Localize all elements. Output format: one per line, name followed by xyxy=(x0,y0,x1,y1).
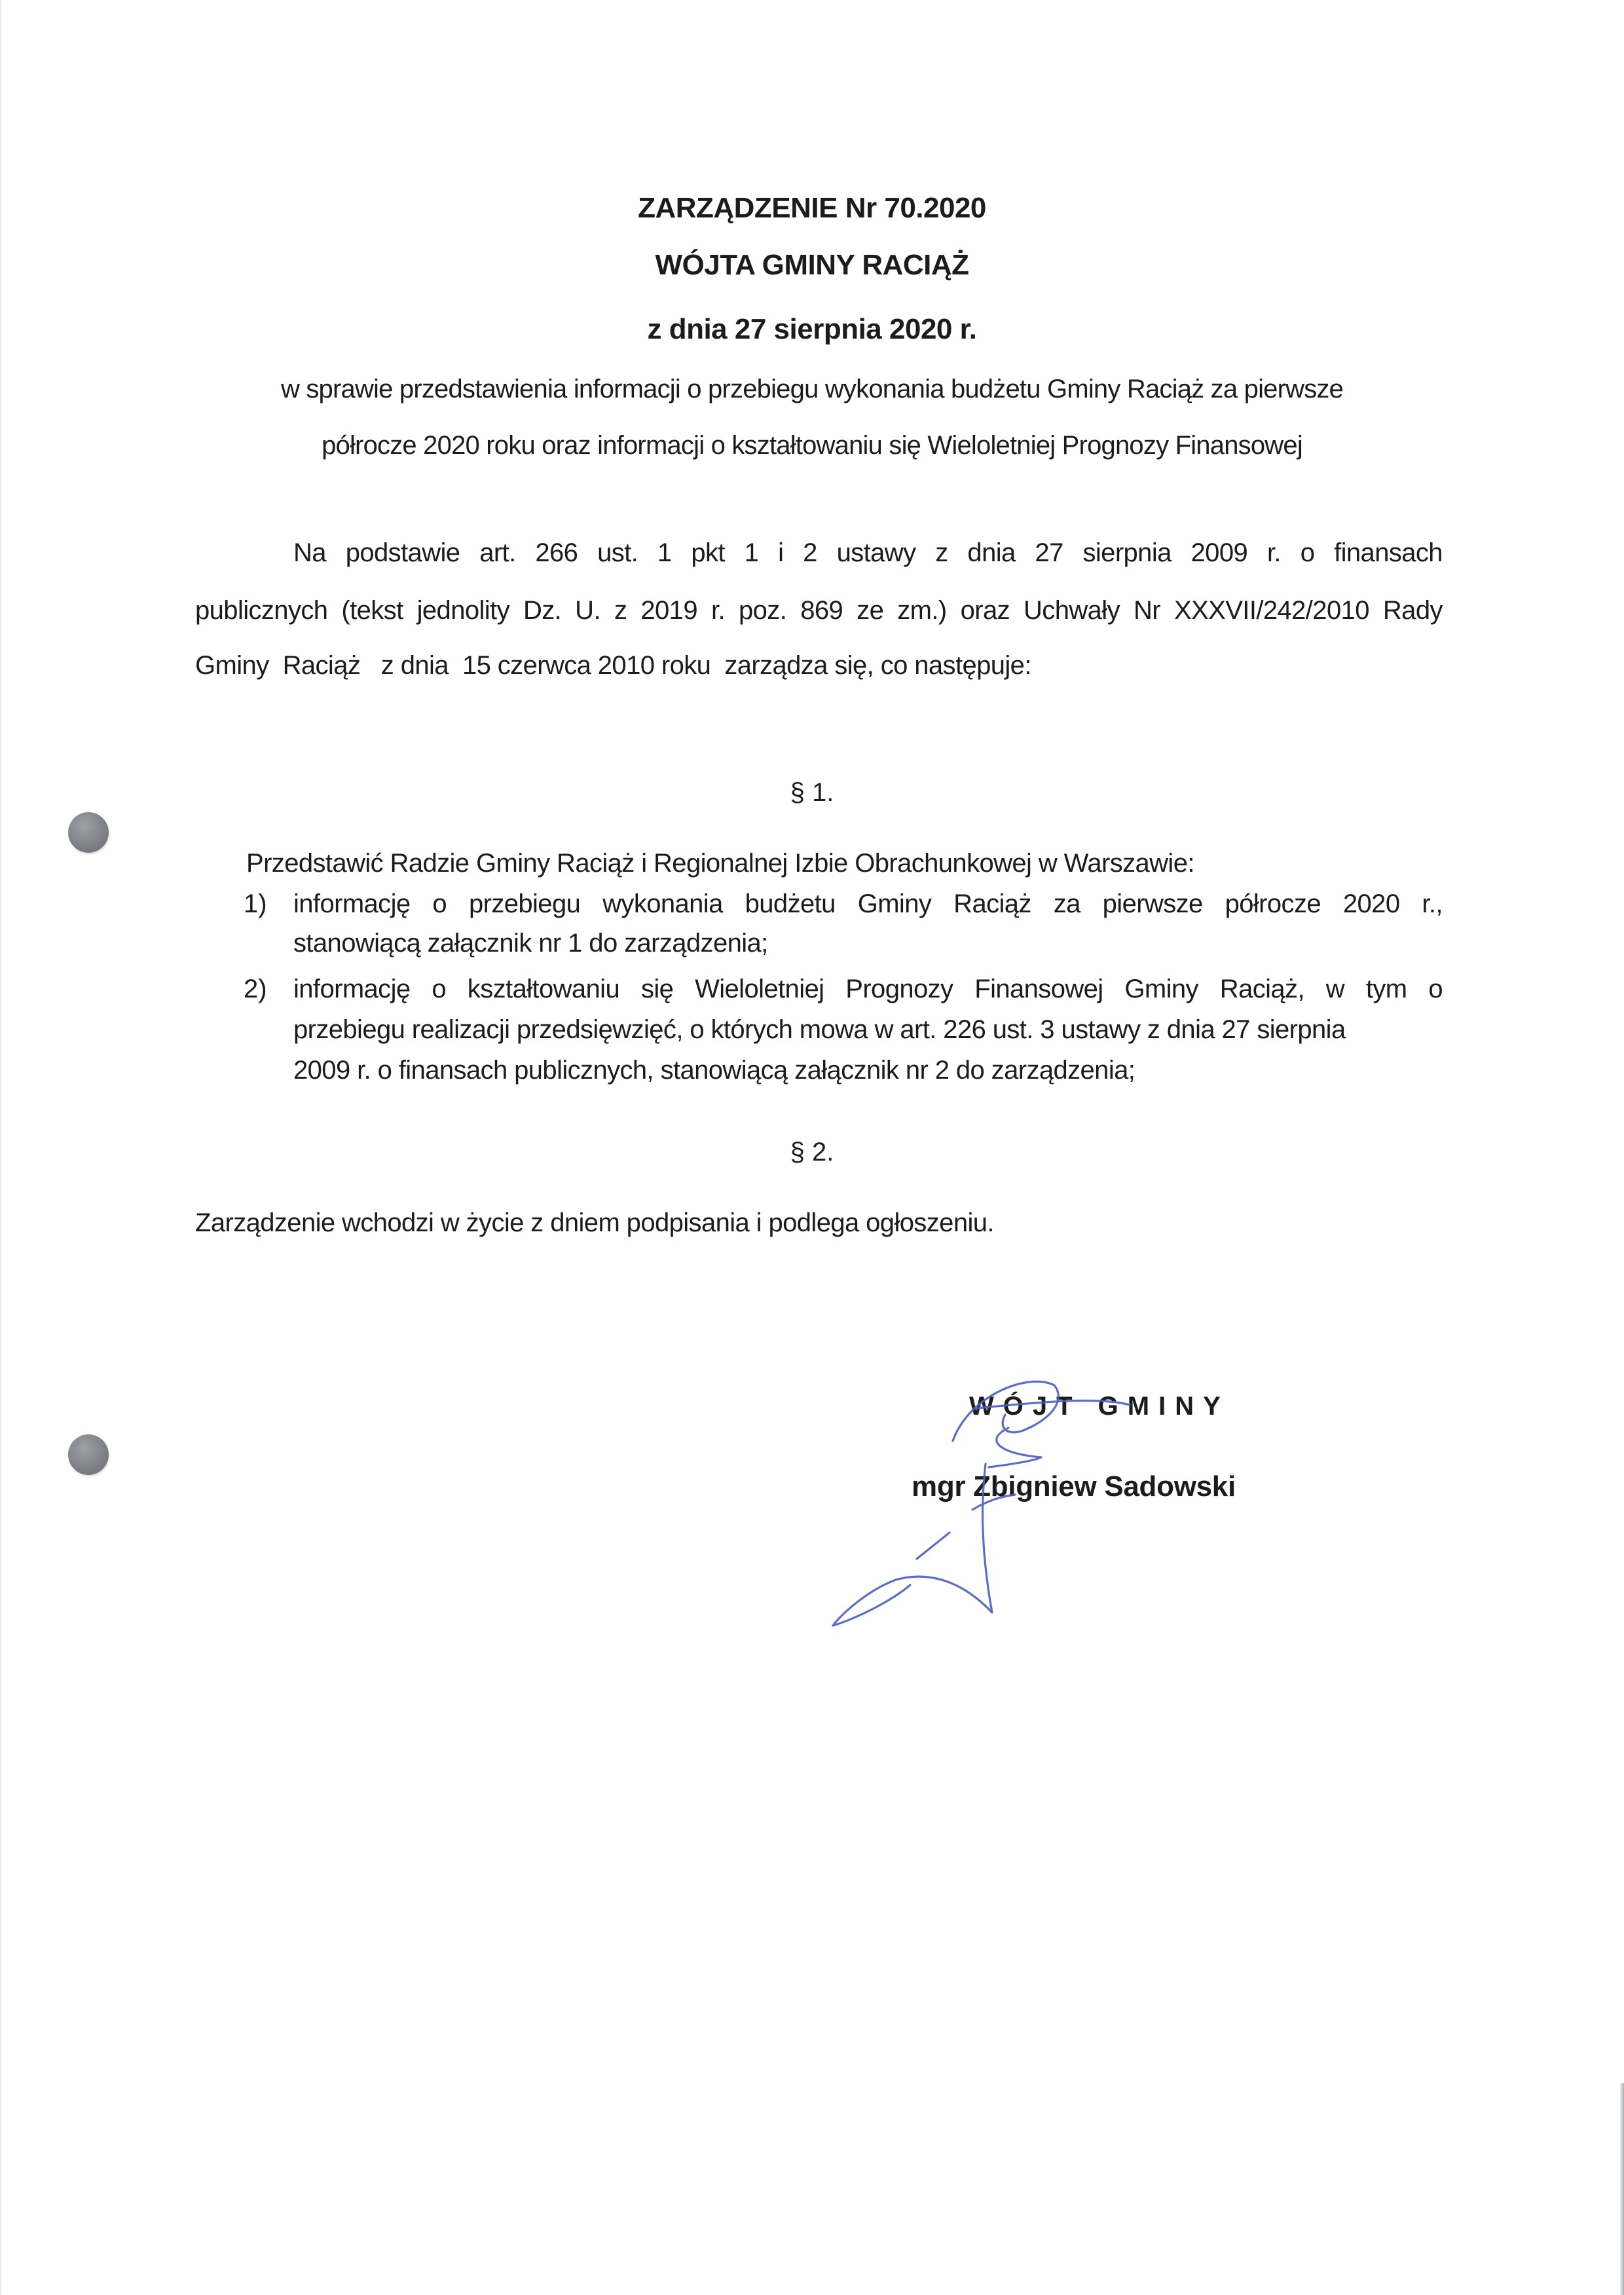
word: o xyxy=(1301,538,1315,568)
word: Gminy xyxy=(1124,975,1198,1004)
word: informację xyxy=(293,889,411,919)
word: informację xyxy=(293,975,411,1004)
word: przebiegu xyxy=(469,889,580,919)
word: 2 xyxy=(803,538,817,568)
signatory-name: mgr Zbigniew Sadowski xyxy=(912,1470,1236,1503)
list-item-2-line-1: informacjęokształtowaniusięWieloletniejP… xyxy=(293,975,1443,1004)
word: wykonania xyxy=(602,889,723,919)
word: w xyxy=(1326,975,1344,1004)
word: publicznych xyxy=(195,596,327,625)
word: XXXVII/242/2010 xyxy=(1174,596,1369,625)
word: ust. xyxy=(597,538,638,568)
list-item-2-line-2: przebiegu realizacji przedsięwzięć, o kt… xyxy=(293,1015,1443,1045)
word: U. xyxy=(575,596,600,625)
word: 1 xyxy=(657,538,672,568)
word: sierpnia xyxy=(1082,538,1171,568)
subject-line-1: w sprawie przedstawienia informacji o pr… xyxy=(0,375,1624,404)
word: r. xyxy=(1267,538,1281,568)
section-2-text: Zarządzenie wchodzi w życie z dniem podp… xyxy=(195,1208,1443,1238)
word: ze xyxy=(857,596,883,625)
word: r. xyxy=(711,596,725,625)
word: kształtowaniu xyxy=(468,975,619,1004)
word: i xyxy=(778,538,783,568)
document-page: ZARZĄDZENIE Nr 70.2020 WÓJTA GMINY RACIĄ… xyxy=(0,0,1624,2295)
word: 266 xyxy=(535,538,578,568)
word: 1 xyxy=(745,538,759,568)
word: za xyxy=(1054,889,1080,919)
punch-hole-icon xyxy=(68,1434,109,1475)
punch-hole-icon xyxy=(68,812,109,853)
word: 2019 xyxy=(640,596,697,625)
section-1-mark: § 1. xyxy=(0,778,1624,808)
section-1-intro: Przedstawić Radzie Gminy Raciąż i Region… xyxy=(246,849,1494,878)
word: Raciąż xyxy=(953,889,1031,919)
word: pkt xyxy=(691,538,725,568)
word: budżetu xyxy=(745,889,836,919)
list-item-1-line-2: stanowiącą załącznik nr 1 do zarządzenia… xyxy=(293,929,1443,958)
word: Prognozy xyxy=(845,975,953,1004)
word: (tekst xyxy=(341,596,403,625)
word: jednolity xyxy=(417,596,509,625)
signatory-title: WÓJT GMINY xyxy=(969,1392,1230,1421)
word: Na xyxy=(293,538,326,568)
word: o xyxy=(432,889,447,919)
word: poz. xyxy=(739,596,786,625)
word: tym xyxy=(1366,975,1407,1004)
document-title: ZARZĄDZENIE Nr 70.2020 xyxy=(0,192,1624,225)
word: o xyxy=(1428,975,1443,1004)
list-item-2-number: 2) xyxy=(244,975,267,1004)
word: się xyxy=(641,975,673,1004)
word: Wieloletniej xyxy=(695,975,824,1004)
preamble-line-2: publicznych(tekstjednolityDz.U.z2019r.po… xyxy=(195,596,1443,625)
word: 27 xyxy=(1035,538,1063,568)
word: półrocze xyxy=(1225,889,1321,919)
word: zm.) xyxy=(897,596,946,625)
scan-right-edge-shadow xyxy=(1620,2083,1624,2295)
word: 2009 xyxy=(1191,538,1248,568)
word: oraz xyxy=(961,596,1010,625)
word: podstawie xyxy=(346,538,460,568)
preamble-line-3: Gminy Raciąż z dnia 15 czerwca 2010 roku… xyxy=(195,651,1443,681)
word: z xyxy=(614,596,627,625)
subject-line-2: półrocze 2020 roku oraz informacji o ksz… xyxy=(0,431,1624,460)
word: Gminy xyxy=(858,889,932,919)
document-issuer: WÓJTA GMINY RACIĄŻ xyxy=(0,249,1624,282)
word: o xyxy=(432,975,446,1004)
list-item-2-line-3: 2009 r. o finansach publicznych, stanowi… xyxy=(293,1056,1443,1085)
word: finansach xyxy=(1334,538,1443,568)
word: 2020 xyxy=(1343,889,1400,919)
section-2-mark: § 2. xyxy=(0,1138,1624,1167)
word: dnia xyxy=(967,538,1015,568)
word: pierwsze xyxy=(1103,889,1203,919)
word: Raciąż, xyxy=(1220,975,1304,1004)
list-item-1-number: 1) xyxy=(244,889,267,919)
list-item-1-line-1: informacjęoprzebieguwykonaniabudżetuGmin… xyxy=(293,889,1443,919)
preamble-line-1: Napodstawieart.266ust.1pkt1i2ustawyzdnia… xyxy=(293,538,1443,568)
word: Finansowej xyxy=(974,975,1103,1004)
word: z xyxy=(935,538,948,568)
word: ustawy xyxy=(837,538,916,568)
word: Dz. xyxy=(523,596,561,625)
document-date: z dnia 27 sierpnia 2020 r. xyxy=(0,313,1624,346)
word: Uchwały xyxy=(1024,596,1120,625)
word: r., xyxy=(1422,889,1443,919)
word: art. xyxy=(479,538,515,568)
word: Rady xyxy=(1383,596,1443,625)
word: Nr xyxy=(1134,596,1160,625)
word: 869 xyxy=(800,596,843,625)
